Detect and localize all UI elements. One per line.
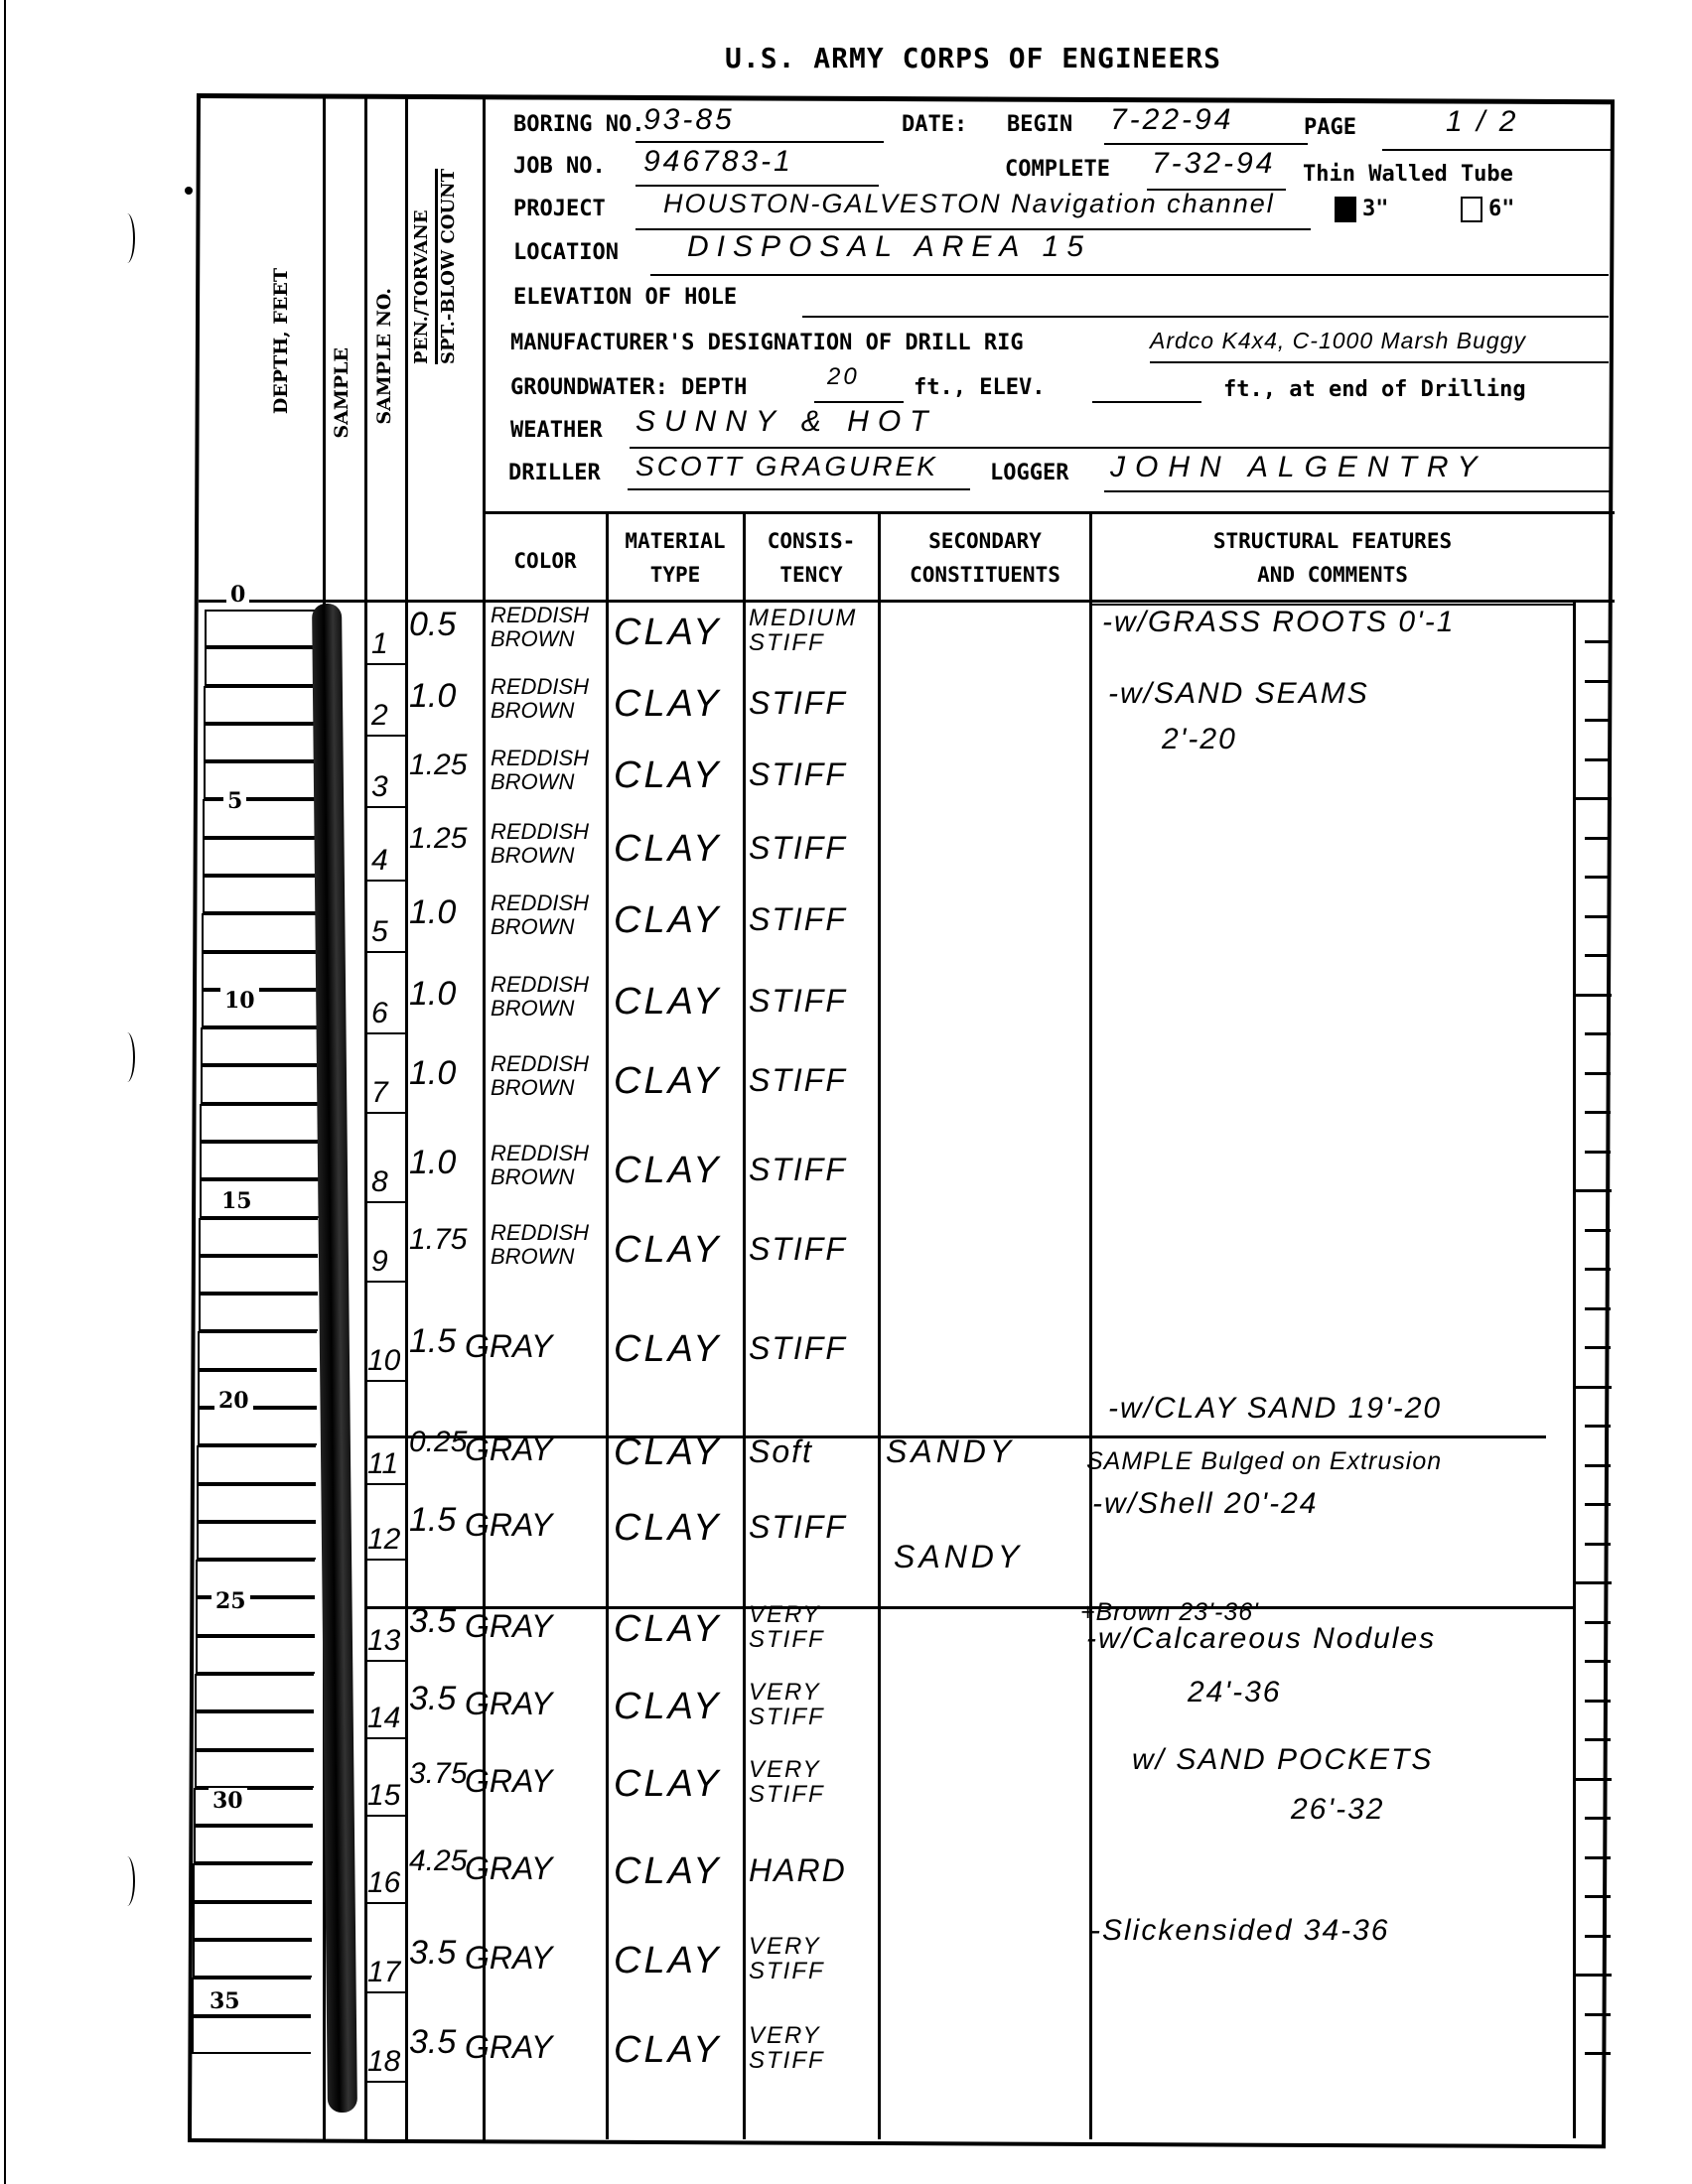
sample-number: 14 xyxy=(367,1704,400,1733)
sample-boundary xyxy=(364,1380,406,1382)
depth-scale-box xyxy=(197,1484,316,1522)
depth-tick-label: 20 xyxy=(218,1388,249,1414)
right-scale-tick xyxy=(1585,758,1611,761)
color-value: GRAY xyxy=(465,1509,604,1541)
field-underline xyxy=(630,447,1611,449)
location-value[interactable]: DISPOSAL AREA 15 xyxy=(687,230,1091,264)
divider xyxy=(199,600,1615,603)
divider xyxy=(405,95,408,2140)
depth-tick: 5 xyxy=(223,788,246,814)
sample-number: 5 xyxy=(371,917,388,947)
consistency-value: STIFF xyxy=(749,1332,847,1364)
depth-scale-box xyxy=(198,1331,317,1369)
consistency-value: STIFF xyxy=(749,903,847,935)
sample-boundary xyxy=(364,1032,406,1034)
sample-number: 4 xyxy=(371,846,388,876)
driller-value[interactable]: SCOTT GRAGUREK xyxy=(635,451,938,482)
field-underline xyxy=(1104,490,1611,492)
depth-tick: 25 xyxy=(211,1588,250,1614)
depth-tick-label: 5 xyxy=(227,788,242,814)
right-scale-tick xyxy=(1585,1268,1611,1271)
scan-speck xyxy=(185,187,193,195)
binder-hole-mark xyxy=(119,1032,135,1082)
material-value: CLAY xyxy=(614,830,721,868)
right-scale-tick xyxy=(1585,1543,1611,1546)
divider xyxy=(483,511,1615,514)
right-scale-tick xyxy=(1585,1895,1611,1898)
field-underline xyxy=(802,316,1609,318)
depth-scale-box xyxy=(204,724,323,761)
pen-torvane-value: 1.25 xyxy=(409,824,467,854)
spt-blow-count-label: SPT.-BLOW COUNT xyxy=(438,169,459,364)
consistency-value: Soft xyxy=(749,1435,813,1467)
color-value: REDDISH BROWN xyxy=(491,1221,605,1269)
pen-torvane-value: 3.5 xyxy=(409,1936,456,1970)
consistency-column-header: CONSIS- TENCY xyxy=(745,524,878,592)
divider xyxy=(1089,511,1092,2139)
depth-scale-box xyxy=(197,1522,316,1560)
consistency-value: VERY STIFF xyxy=(749,2023,858,2073)
depth-scale-box xyxy=(200,1142,319,1179)
color-value: GRAY xyxy=(465,1942,604,1974)
material-value: CLAY xyxy=(614,1062,721,1100)
pen-torvane-value: 4.25 xyxy=(409,1846,467,1876)
sample-number: 1 xyxy=(371,629,388,659)
material-column-header: MATERIAL TYPE xyxy=(608,524,743,592)
drill-rig-label: MANUFACTURER'S DESIGNATION OF DRILL RIG xyxy=(510,331,1024,355)
consistency-value: STIFF xyxy=(749,1064,847,1096)
material-header-line2: TYPE xyxy=(608,558,743,592)
job-no-value[interactable]: 946783-1 xyxy=(643,145,793,179)
pen-torvane-value: 1.25 xyxy=(409,751,467,780)
depth-scale-box xyxy=(201,1027,320,1065)
depth-scale-box xyxy=(195,1750,314,1788)
page-label: PAGE xyxy=(1304,115,1356,140)
material-header-line1: MATERIAL xyxy=(608,524,743,558)
complete-date-value[interactable]: 7-32-94 xyxy=(1152,147,1275,181)
secondary-header-line2: CONSTITUENTS xyxy=(880,558,1090,592)
field-underline xyxy=(628,488,970,490)
color-value: GRAY xyxy=(465,2031,604,2063)
tube-6in-label: 6" xyxy=(1488,197,1515,221)
color-value: REDDISH BROWN xyxy=(491,973,605,1021)
tube-6in-checkbox[interactable] xyxy=(1461,197,1482,222)
material-value: CLAY xyxy=(614,1509,721,1547)
depth-scale-box xyxy=(197,1445,316,1483)
color-value: REDDISH BROWN xyxy=(491,604,605,651)
depth-tick-label: 15 xyxy=(221,1188,252,1214)
consistency-value: STIFF xyxy=(749,1233,847,1265)
depth-tick: 0 xyxy=(226,582,249,608)
consistency-value: HARD xyxy=(749,1854,847,1886)
depth-scale-box xyxy=(201,1065,320,1103)
divider xyxy=(878,511,881,2139)
consistency-value: STIFF xyxy=(749,1154,847,1185)
right-scale-tick xyxy=(1585,876,1611,879)
secondary-value: SANDY xyxy=(886,1435,1015,1467)
complete-label: COMPLETE xyxy=(1005,157,1110,182)
sample-number: 15 xyxy=(367,1781,400,1811)
right-scale-tick xyxy=(1585,1346,1611,1349)
right-scale-major-tick xyxy=(1576,1778,1612,1781)
weather-label: WEATHER xyxy=(510,418,603,443)
right-scale-tick xyxy=(1585,1307,1611,1310)
depth-scale-box xyxy=(205,610,324,647)
color-value: REDDISH BROWN xyxy=(491,675,605,723)
sample-boundary xyxy=(364,1559,406,1561)
pen-torvane-value: 0.5 xyxy=(409,608,456,641)
tube-3in-label: 3" xyxy=(1362,197,1389,221)
date-label: DATE: xyxy=(902,112,967,137)
sample-boundary xyxy=(364,735,406,737)
material-value: CLAY xyxy=(614,1688,721,1725)
structural-header-line2: AND COMMENTS xyxy=(1092,558,1573,592)
field-underline xyxy=(650,274,1609,276)
depth-scale-box xyxy=(204,761,323,799)
depth-scale-box xyxy=(202,952,321,990)
weather-value[interactable]: SUNNY & HOT xyxy=(635,405,936,439)
right-scale-major-tick xyxy=(1576,1386,1612,1389)
consistency-value: STIFF xyxy=(749,758,847,790)
sample-boundary xyxy=(364,1991,406,1993)
right-scale-tick xyxy=(1585,954,1611,957)
sample-number: 16 xyxy=(367,1868,400,1898)
material-value: CLAY xyxy=(614,1852,721,1890)
right-scale-major-tick xyxy=(1576,1974,1612,1977)
divider xyxy=(606,511,609,2139)
groundwater-depth-value[interactable]: 20 xyxy=(827,363,860,391)
pen-torvane-value: 1.0 xyxy=(409,1146,456,1179)
consistency-value: VERY STIFF xyxy=(749,1757,858,1807)
material-value: CLAY xyxy=(614,1942,721,1979)
consistency-value: VERY STIFF xyxy=(749,1602,858,1652)
color-value: GRAY xyxy=(465,1688,604,1719)
field-underline xyxy=(635,141,884,143)
depth-tick-label: 30 xyxy=(212,1788,243,1814)
material-value: CLAY xyxy=(614,1231,721,1269)
color-value: REDDISH BROWN xyxy=(491,1142,605,1189)
location-label: LOCATION xyxy=(513,240,619,265)
end-of-drilling-label: ft., at end of Drilling xyxy=(1223,377,1526,402)
sample-boundary xyxy=(364,1737,406,1739)
depth-column-header: DEPTH, FEET xyxy=(270,268,292,414)
depth-scale-box xyxy=(203,876,322,913)
begin-date-value[interactable]: 7-22-94 xyxy=(1110,103,1233,137)
pen-torvane-value: 1.5 xyxy=(409,1503,456,1537)
depth-scale-box xyxy=(203,838,322,876)
material-value: CLAY xyxy=(614,1610,721,1648)
pen-torvane-value: 1.0 xyxy=(409,895,456,929)
right-scale-tick xyxy=(1585,1425,1611,1428)
comment-text: -w/GRASS ROOTS 0'-1 xyxy=(1102,608,1455,637)
color-value: REDDISH BROWN xyxy=(491,747,605,794)
comment-text: -w/SAND SEAMS xyxy=(1108,679,1369,709)
pen-torvane-value: 1.5 xyxy=(409,1324,456,1358)
right-scale-tick xyxy=(1585,1856,1611,1859)
binder-hole-mark xyxy=(119,213,135,263)
groundwater-label: GROUNDWATER: DEPTH xyxy=(510,375,747,400)
depth-scale-box xyxy=(205,647,324,685)
depth-tick: 30 xyxy=(209,1788,247,1814)
field-underline xyxy=(635,185,879,187)
right-scale-tick xyxy=(1585,1032,1611,1035)
page-edge xyxy=(4,0,6,2184)
divider xyxy=(364,95,367,2140)
pen-torvane-value: 1.75 xyxy=(409,1225,467,1255)
material-value: CLAY xyxy=(614,1330,721,1368)
color-value: GRAY xyxy=(465,1852,604,1884)
right-scale-tick xyxy=(1585,1503,1611,1506)
divider xyxy=(743,511,746,2139)
right-scale-tick xyxy=(1585,1738,1611,1741)
depth-tick: 15 xyxy=(217,1188,256,1214)
depth-scale-box xyxy=(202,913,321,951)
comment-text: SAMPLE Bulged on Extrusion xyxy=(1086,1449,1442,1474)
pen-torvane-value: 3.5 xyxy=(409,1604,456,1638)
sample-boundary xyxy=(364,1660,406,1662)
comment-text: w/ SAND POCKETS xyxy=(1132,1745,1433,1775)
depth-scale-box xyxy=(195,1711,314,1749)
right-scale-tick xyxy=(1585,1229,1611,1232)
right-scale-tick xyxy=(1585,1621,1611,1624)
logger-label: LOGGER xyxy=(990,461,1068,485)
sample-number: 2 xyxy=(371,701,388,731)
sample-boundary xyxy=(364,1815,406,1817)
color-column-header: COLOR xyxy=(487,544,604,578)
depth-scale-box xyxy=(199,1256,318,1294)
color-value: GRAY xyxy=(465,1330,604,1362)
field-underline xyxy=(1382,149,1611,151)
tube-size-options: 3" 6" xyxy=(1329,197,1515,222)
depth-scale-box xyxy=(199,1294,318,1331)
right-scale-tick xyxy=(1585,1072,1611,1075)
pen-torvane-value: 0.25 xyxy=(409,1428,467,1457)
sample-no-column-header: SAMPLE NO. xyxy=(373,288,395,425)
job-no-label: JOB NO. xyxy=(513,154,606,179)
consistency-value: MEDIUM STIFF xyxy=(749,606,858,655)
sample-column-header: SAMPLE xyxy=(331,347,352,439)
right-scale-tick xyxy=(1585,2052,1611,2055)
sample-number: 11 xyxy=(367,1449,398,1479)
consistency-value: STIFF xyxy=(749,832,847,864)
binder-hole-mark xyxy=(119,1856,135,1906)
right-scale-major-tick xyxy=(1576,1189,1612,1192)
secondary-column-header: SECONDARY CONSTITUENTS xyxy=(880,524,1090,592)
consistency-value: VERY STIFF xyxy=(749,1680,858,1729)
sample-boundary xyxy=(364,1483,406,1485)
depth-scale-box xyxy=(200,1104,319,1142)
depth-tick-label: 25 xyxy=(215,1588,246,1614)
thin-walled-tube-label: Thin Walled Tube xyxy=(1303,162,1513,187)
pen-torvane-value: 1.0 xyxy=(409,977,456,1011)
sample-number: 6 xyxy=(371,999,388,1028)
right-scale-tick xyxy=(1585,2013,1611,2016)
color-value: REDDISH BROWN xyxy=(491,820,605,868)
field-underline xyxy=(814,401,904,403)
consistency-header-line2: TENCY xyxy=(745,558,878,592)
right-scale-major-tick xyxy=(1576,994,1612,997)
depth-tick-label: 10 xyxy=(224,988,255,1014)
boring-no-value[interactable]: 93-85 xyxy=(643,103,735,137)
depth-tick: 35 xyxy=(206,1988,244,2014)
right-scale-tick xyxy=(1585,1700,1611,1703)
depth-scale-box xyxy=(193,1902,312,1940)
divider xyxy=(483,95,486,2140)
color-value: GRAY xyxy=(465,1433,604,1465)
pen-torvane-value: 1.0 xyxy=(409,1056,456,1090)
right-scale-tick xyxy=(1585,1660,1611,1663)
comment-text: 2'-20 xyxy=(1162,725,1237,754)
material-value: CLAY xyxy=(614,685,721,723)
project-value[interactable]: HOUSTON-GALVESTON Navigation channel xyxy=(663,189,1275,219)
color-value: GRAY xyxy=(465,1610,604,1642)
color-value: REDDISH BROWN xyxy=(491,1052,605,1100)
page-value: 1 / 2 xyxy=(1446,105,1518,139)
structural-header-line1: STRUCTURAL FEATURES xyxy=(1092,524,1573,558)
pen-torvane-value: 3.75 xyxy=(409,1759,467,1789)
sample-boundary xyxy=(364,1281,406,1283)
sample-boundary xyxy=(364,663,406,665)
depth-scale-box xyxy=(199,1218,318,1256)
material-value: CLAY xyxy=(614,1152,721,1189)
sample-boundary xyxy=(364,1902,406,1904)
sample-number: 18 xyxy=(367,2047,400,2077)
sample-number: 9 xyxy=(371,1247,388,1277)
consistency-header-line1: CONSIS- xyxy=(745,524,878,558)
right-scale-major-tick xyxy=(1576,797,1612,800)
depth-tick-label: 0 xyxy=(230,582,245,608)
depth-scale-box xyxy=(196,1636,315,1674)
material-value: CLAY xyxy=(614,983,721,1021)
drill-rig-value[interactable]: Ardco K4x4, C-1000 Marsh Buggy xyxy=(1150,328,1526,354)
material-value: CLAY xyxy=(614,1765,721,1803)
right-scale-tick xyxy=(1585,1817,1611,1820)
right-scale-tick xyxy=(1585,1935,1611,1938)
secondary-value: SANDY xyxy=(894,1541,1023,1572)
depth-scale-box xyxy=(194,1826,313,1863)
pen-torvane-value: 1.0 xyxy=(409,679,456,713)
sample-boundary xyxy=(364,806,406,808)
material-value: CLAY xyxy=(614,756,721,794)
comment-text: 26'-32 xyxy=(1291,1795,1384,1825)
sample-number: 3 xyxy=(371,772,388,802)
sample-boundary xyxy=(364,951,406,953)
material-value: CLAY xyxy=(614,614,721,651)
boring-no-label: BORING NO. xyxy=(513,112,644,137)
elevation-label: ELEVATION OF HOLE xyxy=(513,285,737,310)
secondary-header-line1: SECONDARY xyxy=(880,524,1090,558)
material-value: CLAY xyxy=(614,2031,721,2069)
sample-number: 12 xyxy=(367,1525,400,1555)
right-scale-tick xyxy=(1585,680,1611,683)
depth-scale-box xyxy=(193,1940,312,1978)
pen-torvane-value: 3.5 xyxy=(409,2025,456,2059)
comment-text: -w/Calcareous Nodules xyxy=(1086,1624,1436,1654)
sample-boundary xyxy=(364,1112,406,1114)
right-scale-tick xyxy=(1585,837,1611,840)
divider xyxy=(1573,600,1576,2138)
right-scale-tick xyxy=(1585,719,1611,722)
depth-tick: 20 xyxy=(214,1388,253,1414)
color-header-text: COLOR xyxy=(513,549,576,573)
structural-column-header: STRUCTURAL FEATURES AND COMMENTS xyxy=(1092,524,1573,592)
right-scale-major-tick xyxy=(1576,1581,1612,1584)
depth-scale-box xyxy=(204,686,323,724)
sample-number: 13 xyxy=(367,1626,400,1656)
depth-scale-box xyxy=(203,799,322,837)
document-title: U.S. ARMY CORPS OF ENGINEERS xyxy=(725,42,1221,74)
sample-boundary xyxy=(364,880,406,882)
material-value: CLAY xyxy=(614,1433,721,1471)
comment-text: 24'-36 xyxy=(1188,1678,1281,1707)
depth-scale-box xyxy=(193,1863,312,1901)
pen-spt-column-header: PEN./TORVANE SPT.-BLOW COUNT xyxy=(411,169,460,364)
sample-number: 7 xyxy=(371,1078,388,1108)
sample-number: 10 xyxy=(367,1346,400,1376)
right-scale-tick xyxy=(1585,1111,1611,1114)
sample-boundary xyxy=(364,1201,406,1203)
consistency-value: STIFF xyxy=(749,1511,847,1543)
tube-3in-checkbox[interactable] xyxy=(1335,197,1356,222)
color-value: REDDISH BROWN xyxy=(491,891,605,939)
field-underline xyxy=(1092,401,1201,403)
pen-torvane-value: 3.5 xyxy=(409,1682,456,1715)
sample-boundary xyxy=(364,2081,406,2083)
right-scale-tick xyxy=(1585,915,1611,918)
driller-label: DRILLER xyxy=(508,461,601,485)
sample-number: 8 xyxy=(371,1167,388,1197)
project-label: PROJECT xyxy=(513,197,606,221)
begin-label: BEGIN xyxy=(1007,112,1072,137)
ft-elev-label: ft., ELEV. xyxy=(914,375,1045,400)
logger-value[interactable]: JOHN ALGENTRY xyxy=(1110,451,1486,484)
pen-torvane-label: PEN./TORVANE xyxy=(411,169,438,364)
depth-tick: 10 xyxy=(220,988,259,1014)
right-scale-tick xyxy=(1585,1151,1611,1154)
depth-scale-box xyxy=(192,2016,311,2054)
color-value: GRAY xyxy=(465,1765,604,1797)
field-underline xyxy=(1104,143,1308,145)
depth-scale-box xyxy=(202,990,321,1027)
comment-text: -w/Shell 20'-24 xyxy=(1092,1489,1319,1519)
consistency-value: STIFF xyxy=(749,687,847,719)
comment-row-line xyxy=(1089,604,1576,606)
depth-scale-box xyxy=(195,1674,314,1711)
comment-text: -Slickensided 34-36 xyxy=(1090,1916,1389,1946)
right-scale-tick xyxy=(1585,1464,1611,1467)
consistency-value: VERY STIFF xyxy=(749,1934,858,1983)
material-value: CLAY xyxy=(614,901,721,939)
field-underline xyxy=(1150,361,1609,363)
comment-text: -w/CLAY SAND 19'-20 xyxy=(1108,1394,1442,1424)
consistency-value: STIFF xyxy=(749,985,847,1017)
sample-number: 17 xyxy=(367,1958,400,1987)
right-scale-tick xyxy=(1585,640,1611,643)
depth-tick-label: 35 xyxy=(210,1988,240,2014)
